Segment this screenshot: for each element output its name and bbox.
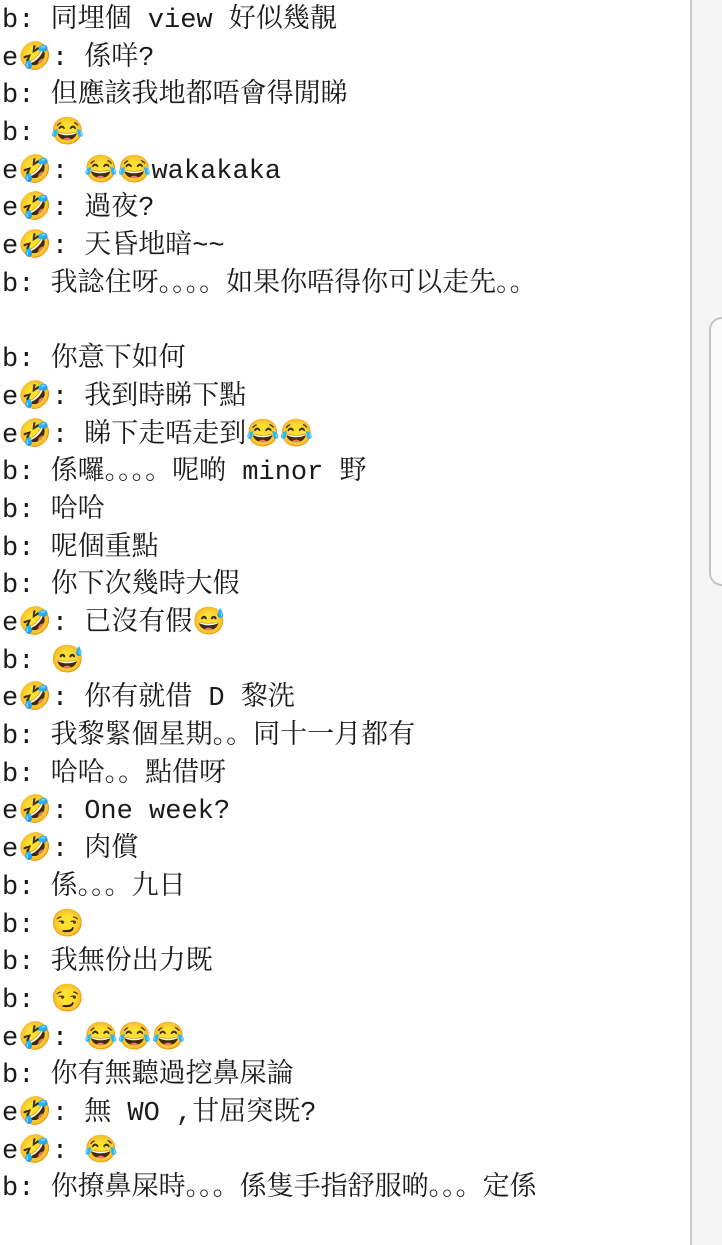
speaker-label: b: bbox=[2, 647, 51, 677]
chat-line: b: 我黎緊個星期。。同十一月都有 bbox=[2, 719, 690, 757]
speaker-label: b: bbox=[2, 534, 51, 564]
chat-line: b: 我諗住呀。。。。如果你唔得你可以走先。。 bbox=[2, 267, 690, 305]
speaker-label: b: bbox=[2, 986, 51, 1016]
message-text: 但應該我地都唔會得閒睇 bbox=[51, 81, 348, 111]
message-text: 已沒有假😅 bbox=[84, 609, 226, 639]
chat-line: b: 係囉。。。。呢啲 minor 野 bbox=[2, 455, 690, 493]
chat-line bbox=[2, 305, 690, 343]
message-text: 哈哈 bbox=[51, 496, 105, 526]
message-text: 無 WO ,甘屈突既? bbox=[84, 1099, 316, 1129]
speaker-label: e🤣: bbox=[2, 157, 84, 187]
speaker-label: e🤣: bbox=[2, 232, 84, 262]
speaker-label: b: bbox=[2, 1061, 51, 1091]
scrollbar-track[interactable] bbox=[690, 0, 722, 1245]
speaker-label: b: bbox=[2, 948, 51, 978]
chat-line: b: 😏 bbox=[2, 908, 690, 946]
message-text: 肉償 bbox=[84, 835, 138, 865]
message-text: 過夜? bbox=[84, 194, 154, 224]
message-text: 係咩? bbox=[84, 44, 154, 74]
speaker-label: b: bbox=[2, 81, 51, 111]
speaker-label: e🤣: bbox=[2, 609, 84, 639]
speaker-label: b: bbox=[2, 1174, 51, 1204]
speaker-label: e🤣: bbox=[2, 1024, 84, 1054]
message-text: One week? bbox=[84, 797, 230, 827]
speaker-label: b: bbox=[2, 722, 51, 752]
speaker-label: e🤣: bbox=[2, 797, 84, 827]
chat-line: e🤣: 我到時睇下點 bbox=[2, 380, 690, 418]
chat-line: b: 😂 bbox=[2, 116, 690, 154]
chat-transcript-window: b: 同埋個 view 好似幾靚e🤣: 係咩?b: 但應該我地都唔會得閒睇b: … bbox=[0, 0, 722, 1245]
message-text: 哈哈。。點借呀 bbox=[51, 760, 227, 790]
message-text: 😂😂😂 bbox=[84, 1024, 185, 1054]
chat-line: e🤣: 肉償 bbox=[2, 832, 690, 870]
message-text: 係囉。。。。呢啲 minor 野 bbox=[51, 458, 367, 488]
speaker-label: b: bbox=[2, 496, 51, 526]
chat-line: b: 呢個重點 bbox=[2, 531, 690, 569]
chat-line: b: 哈哈 bbox=[2, 493, 690, 531]
message-text: 你撩鼻屎時。。。係隻手指舒服啲。。。定係 bbox=[51, 1174, 537, 1204]
message-text: 係。。。九日 bbox=[51, 873, 186, 903]
chat-line: b: 係。。。九日 bbox=[2, 870, 690, 908]
speaker-label: e🤣: bbox=[2, 44, 84, 74]
chat-line: e🤣: 過夜? bbox=[2, 191, 690, 229]
chat-line: e🤣: 已沒有假😅 bbox=[2, 606, 690, 644]
chat-line: b: 同埋個 view 好似幾靚 bbox=[2, 3, 690, 41]
chat-line: e🤣: 😂 bbox=[2, 1134, 690, 1172]
speaker-label: e🤣: bbox=[2, 1099, 84, 1129]
speaker-label: b: bbox=[2, 119, 51, 149]
message-text: 😏 bbox=[51, 911, 85, 941]
message-text: 你有就借 D 黎洗 bbox=[84, 684, 295, 714]
message-text: 我無份出力既 bbox=[51, 948, 213, 978]
chat-line: b: 我無份出力既 bbox=[2, 945, 690, 983]
message-text: 😏 bbox=[51, 986, 85, 1016]
message-text: 我黎緊個星期。。同十一月都有 bbox=[51, 722, 416, 752]
chat-line: b: 😏 bbox=[2, 983, 690, 1021]
chat-line: e🤣: 😂😂😂 bbox=[2, 1021, 690, 1059]
chat-line: e🤣: 無 WO ,甘屈突既? bbox=[2, 1096, 690, 1134]
message-text: 你下次幾時大假 bbox=[51, 571, 240, 601]
chat-line: e🤣: 😂😂wakakaka bbox=[2, 154, 690, 192]
message-text: 😂 bbox=[51, 119, 85, 149]
chat-line: e🤣: 睇下走唔走到😂😂 bbox=[2, 418, 690, 456]
chat-line: b: 你有無聽過挖鼻屎論 bbox=[2, 1058, 690, 1096]
speaker-label: b: bbox=[2, 911, 51, 941]
chat-line: e🤣: 天昏地暗~~ bbox=[2, 229, 690, 267]
message-text: 呢個重點 bbox=[51, 534, 159, 564]
message-text: 天昏地暗~~ bbox=[84, 232, 224, 262]
speaker-label: b: bbox=[2, 270, 51, 300]
chat-line: b: 你下次幾時大假 bbox=[2, 568, 690, 606]
speaker-label: b: bbox=[2, 571, 51, 601]
message-text: 我到時睇下點 bbox=[84, 383, 246, 413]
message-text: 😂😂wakakaka bbox=[84, 157, 281, 187]
speaker-label: e🤣: bbox=[2, 1137, 84, 1167]
message-text: 你意下如何 bbox=[51, 345, 186, 375]
speaker-label: b: bbox=[2, 760, 51, 790]
chat-line: b: 😅 bbox=[2, 644, 690, 682]
speaker-label: e🤣: bbox=[2, 835, 84, 865]
chat-line: e🤣: 係咩? bbox=[2, 41, 690, 79]
chat-line: e🤣: 你有就借 D 黎洗 bbox=[2, 681, 690, 719]
message-text: 同埋個 view 好似幾靚 bbox=[51, 6, 337, 36]
speaker-label: e🤣: bbox=[2, 421, 84, 451]
scrollbar-thumb[interactable] bbox=[709, 317, 722, 586]
speaker-label: e🤣: bbox=[2, 383, 84, 413]
speaker-label: b: bbox=[2, 6, 51, 36]
message-text: 我諗住呀。。。。如果你唔得你可以走先。。 bbox=[51, 270, 537, 300]
message-text: 😂 bbox=[84, 1137, 118, 1167]
speaker-label: b: bbox=[2, 458, 51, 488]
message-text: 你有無聽過挖鼻屎論 bbox=[51, 1061, 294, 1091]
chat-line: b: 你意下如何 bbox=[2, 342, 690, 380]
chat-line: e🤣: One week? bbox=[2, 794, 690, 832]
chat-log: b: 同埋個 view 好似幾靚e🤣: 係咩?b: 但應該我地都唔會得閒睇b: … bbox=[0, 0, 690, 1245]
speaker-label: e🤣: bbox=[2, 684, 84, 714]
chat-line: b: 但應該我地都唔會得閒睇 bbox=[2, 78, 690, 116]
message-text: 😅 bbox=[51, 647, 85, 677]
speaker-label: e🤣: bbox=[2, 194, 84, 224]
message-text: 睇下走唔走到😂😂 bbox=[84, 421, 313, 451]
chat-line: b: 你撩鼻屎時。。。係隻手指舒服啲。。。定係 bbox=[2, 1171, 690, 1209]
speaker-label: b: bbox=[2, 873, 51, 903]
chat-line: b: 哈哈。。點借呀 bbox=[2, 757, 690, 795]
speaker-label: b: bbox=[2, 345, 51, 375]
